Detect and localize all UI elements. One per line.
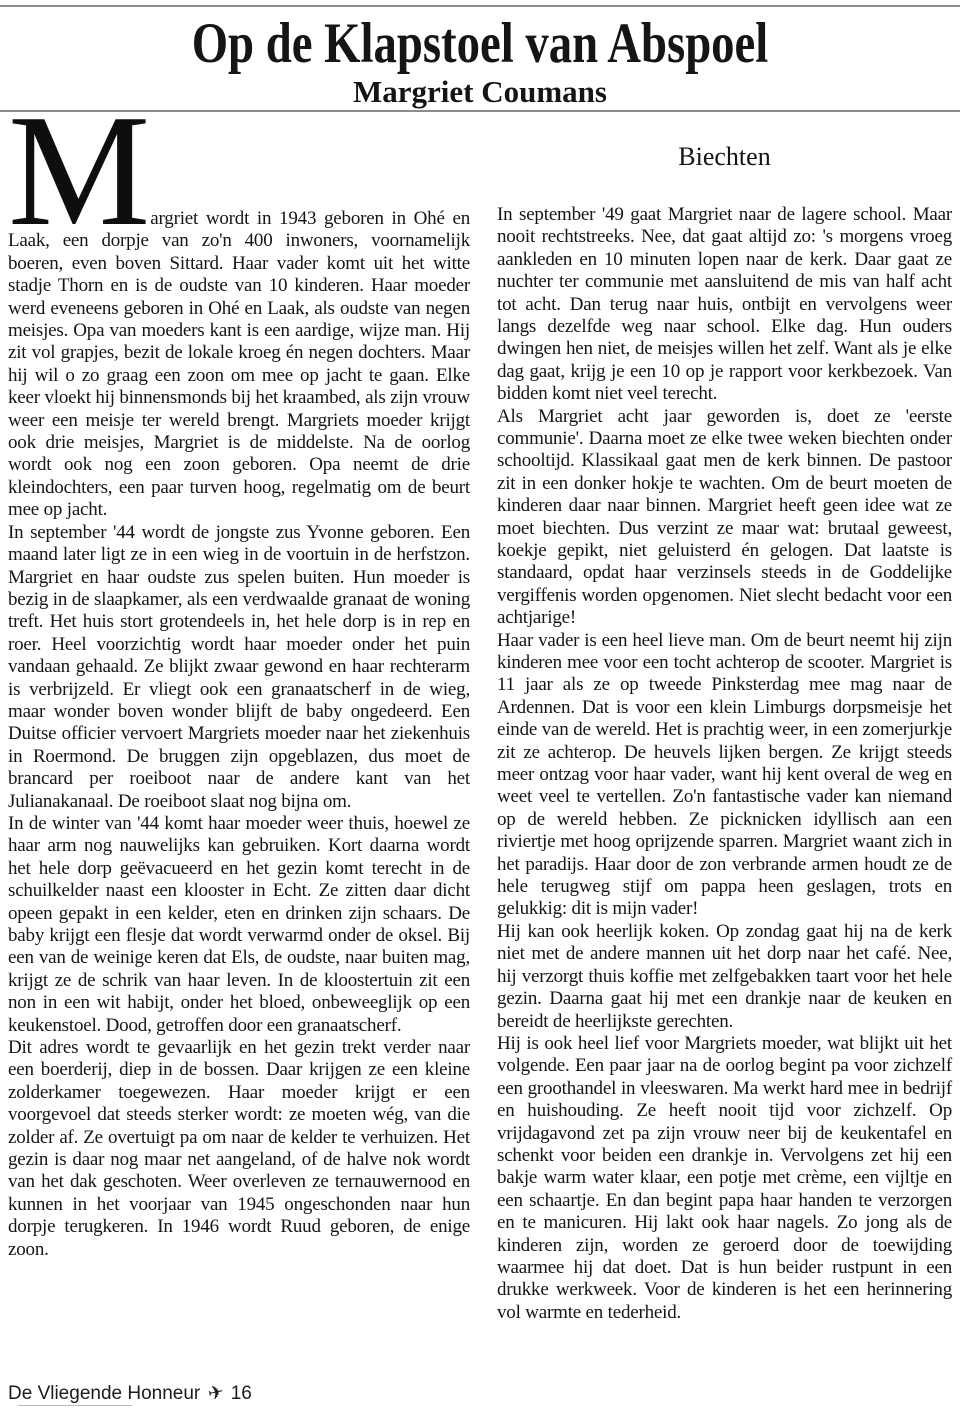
- page-footer: De Vliegende Honneur ✈ 16: [8, 1382, 252, 1405]
- article-title: Op de Klapstoel van Abspoel: [86, 13, 873, 75]
- paragraph: Hij is ook heel lief voor Margriets moed…: [497, 1033, 952, 1324]
- magazine-page: Op de Klapstoel van Abspoel Margriet Cou…: [0, 0, 960, 1408]
- paragraph: Dit adres wordt te gevaarlijk en het gez…: [8, 1037, 470, 1261]
- bottom-edge-line: [18, 1405, 132, 1406]
- magazine-name: De Vliegende Honneur: [8, 1383, 200, 1404]
- page-number: 16: [231, 1383, 252, 1404]
- paragraph: Als Margriet acht jaar geworden is, doet…: [497, 406, 952, 630]
- paragraph-text: argriet wordt in 1943 geboren in Ohé en …: [8, 208, 470, 520]
- article-body: Margriet wordt in 1943 geboren in Ohé en…: [8, 110, 952, 1324]
- left-column: Margriet wordt in 1943 geboren in Ohé en…: [8, 110, 470, 1324]
- section-heading: Biechten: [497, 142, 952, 172]
- paragraph: In september '49 gaat Margriet naar de l…: [497, 204, 952, 406]
- airplane-icon: ✈: [205, 1381, 225, 1406]
- paragraph: In de winter van '44 komt haar moeder we…: [8, 813, 470, 1037]
- right-column: Biechten In september '49 gaat Margriet …: [497, 110, 952, 1324]
- paragraph-dropcap: Margriet wordt in 1943 geboren in Ohé en…: [8, 110, 470, 522]
- paragraph: Haar vader is een heel lieve man. Om de …: [497, 630, 952, 921]
- paragraph: Hij kan ook heerlijk koken. Op zondag ga…: [497, 921, 952, 1033]
- paragraph: In september '44 wordt de jongste zus Yv…: [8, 522, 470, 813]
